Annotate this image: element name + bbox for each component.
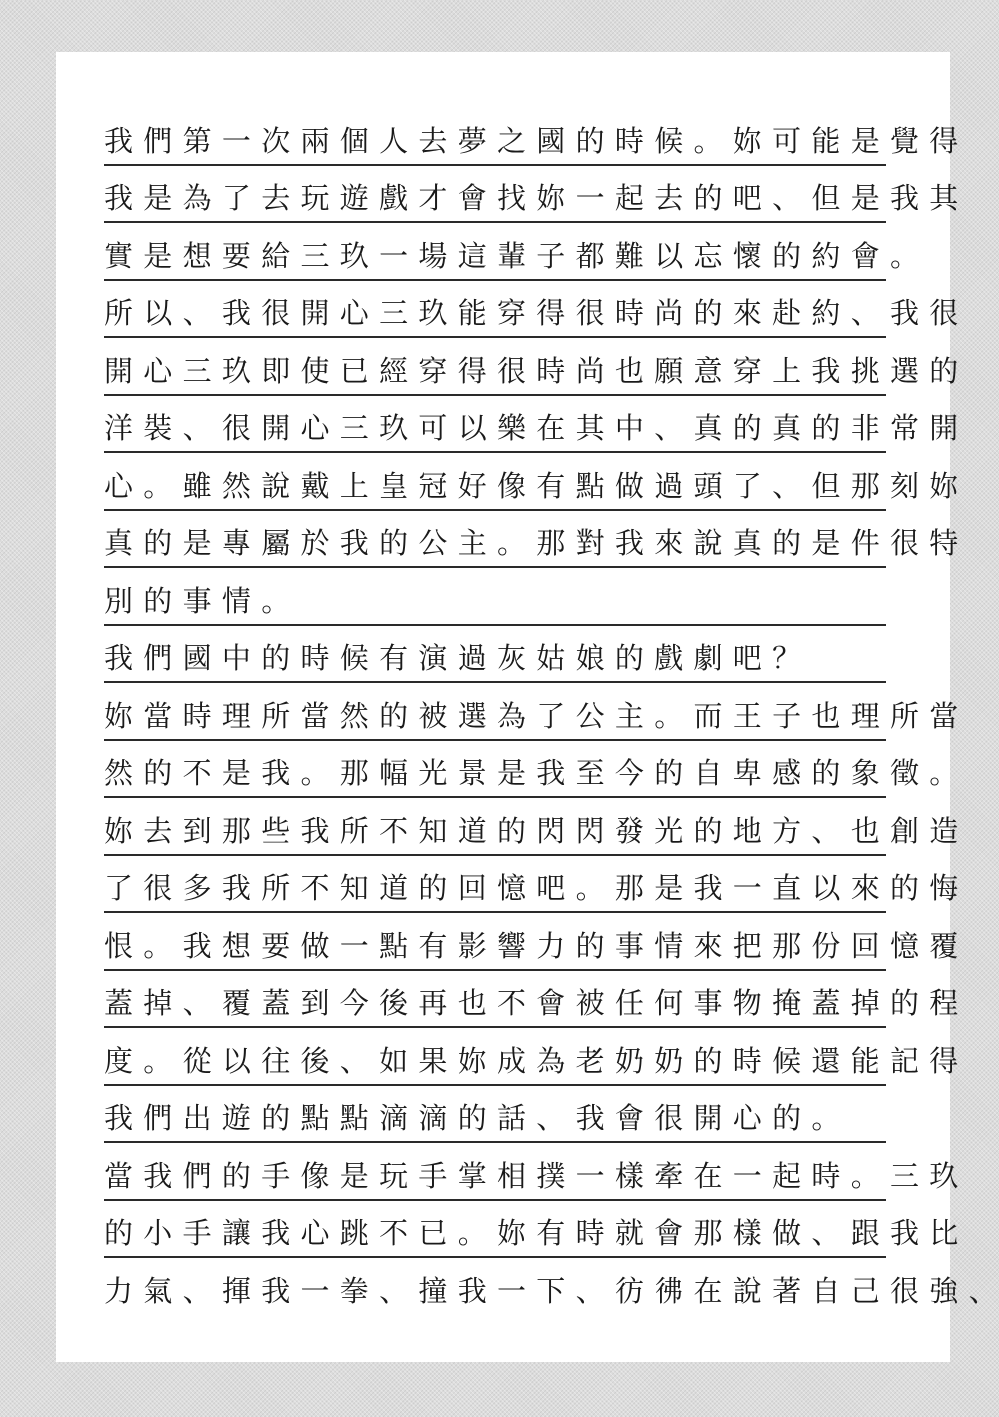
line-text: 開心三玖即使已經穿得很時尚也願意穿上我挑選的: [104, 354, 886, 388]
line-text: 了很多我所不知道的回憶吧。那是我一直以來的悔: [104, 871, 886, 905]
letter-line: 蓋掉、覆蓋到今後再也不會被任何事物掩蓋掉的程: [104, 971, 886, 1029]
line-text: 的小手讓我心跳不已。妳有時就會那樣做、跟我比: [104, 1216, 886, 1250]
letter-line: 妳當時理所當然的被選為了公主。而王子也理所當: [104, 683, 886, 741]
line-text: 蓋掉、覆蓋到今後再也不會被任何事物掩蓋掉的程: [104, 986, 886, 1020]
letter-line: 我們出遊的點點滴滴的話、我會很開心的。: [104, 1086, 886, 1144]
line-text: 我們國中的時候有演過灰姑娘的戲劇吧？: [104, 641, 886, 675]
line-text: 然的不是我。那幅光景是我至今的自卑感的象徵。: [104, 756, 886, 790]
line-text: 心。雖然說戴上皇冠好像有點做過頭了、但那刻妳: [104, 469, 886, 503]
line-text: 當我們的手像是玩手掌相撲一樣牽在一起時。三玖: [104, 1159, 886, 1193]
letter-line: 開心三玖即使已經穿得很時尚也願意穿上我挑選的: [104, 338, 886, 396]
line-text: 所以、我很開心三玖能穿得很時尚的來赴約、我很: [104, 296, 886, 330]
line-text: 別的事情。: [104, 584, 886, 618]
letter-line: 我們第一次兩個人去夢之國的時候。妳可能是覺得: [104, 108, 886, 166]
line-text: 實是想要給三玖一場這輩子都難以忘懷的約會。: [104, 239, 886, 273]
letter-line: 然的不是我。那幅光景是我至今的自卑感的象徵。: [104, 741, 886, 799]
line-text: 洋裝、很開心三玖可以樂在其中、真的真的非常開: [104, 411, 886, 445]
letter-line: 妳去到那些我所不知道的閃閃發光的地方、也創造: [104, 798, 886, 856]
letter-line: 真的是專屬於我的公主。那對我來說真的是件很特: [104, 511, 886, 569]
letter-line: 所以、我很開心三玖能穿得很時尚的來赴約、我很: [104, 281, 886, 339]
letter-line: 洋裝、很開心三玖可以樂在其中、真的真的非常開: [104, 396, 886, 454]
line-text: 我是為了去玩遊戲才會找妳一起去的吧、但是我其: [104, 181, 886, 215]
letter-line: 度。從以往後、如果妳成為老奶奶的時候還能記得: [104, 1028, 886, 1086]
letter-line: 別的事情。: [104, 568, 886, 626]
line-text: 妳去到那些我所不知道的閃閃發光的地方、也創造: [104, 814, 886, 848]
line-text: 我們第一次兩個人去夢之國的時候。妳可能是覺得: [104, 124, 886, 158]
line-text: 恨。我想要做一點有影響力的事情來把那份回憶覆: [104, 929, 886, 963]
line-text: 我們出遊的點點滴滴的話、我會很開心的。: [104, 1101, 886, 1135]
letter-line: 實是想要給三玖一場這輩子都難以忘懷的約會。: [104, 223, 886, 281]
letter-page: 我們第一次兩個人去夢之國的時候。妳可能是覺得 我是為了去玩遊戲才會找妳一起去的吧…: [56, 52, 950, 1362]
line-text: 妳當時理所當然的被選為了公主。而王子也理所當: [104, 699, 886, 733]
letter-line: 我們國中的時候有演過灰姑娘的戲劇吧？: [104, 626, 886, 684]
line-text: 力氣、揮我一拳、撞我一下、彷彿在說著自己很強、: [104, 1274, 886, 1308]
line-text: 度。從以往後、如果妳成為老奶奶的時候還能記得: [104, 1044, 886, 1078]
letter-line: 了很多我所不知道的回憶吧。那是我一直以來的悔: [104, 856, 886, 914]
letter-line: 力氣、揮我一拳、撞我一下、彷彿在說著自己很強、: [104, 1258, 886, 1316]
letter-line: 恨。我想要做一點有影響力的事情來把那份回憶覆: [104, 913, 886, 971]
letter-line: 心。雖然說戴上皇冠好像有點做過頭了、但那刻妳: [104, 453, 886, 511]
line-text: 真的是專屬於我的公主。那對我來說真的是件很特: [104, 526, 886, 560]
letter-line: 的小手讓我心跳不已。妳有時就會那樣做、跟我比: [104, 1201, 886, 1259]
letter-line: 我是為了去玩遊戲才會找妳一起去的吧、但是我其: [104, 166, 886, 224]
letter-line: 當我們的手像是玩手掌相撲一樣牽在一起時。三玖: [104, 1143, 886, 1201]
